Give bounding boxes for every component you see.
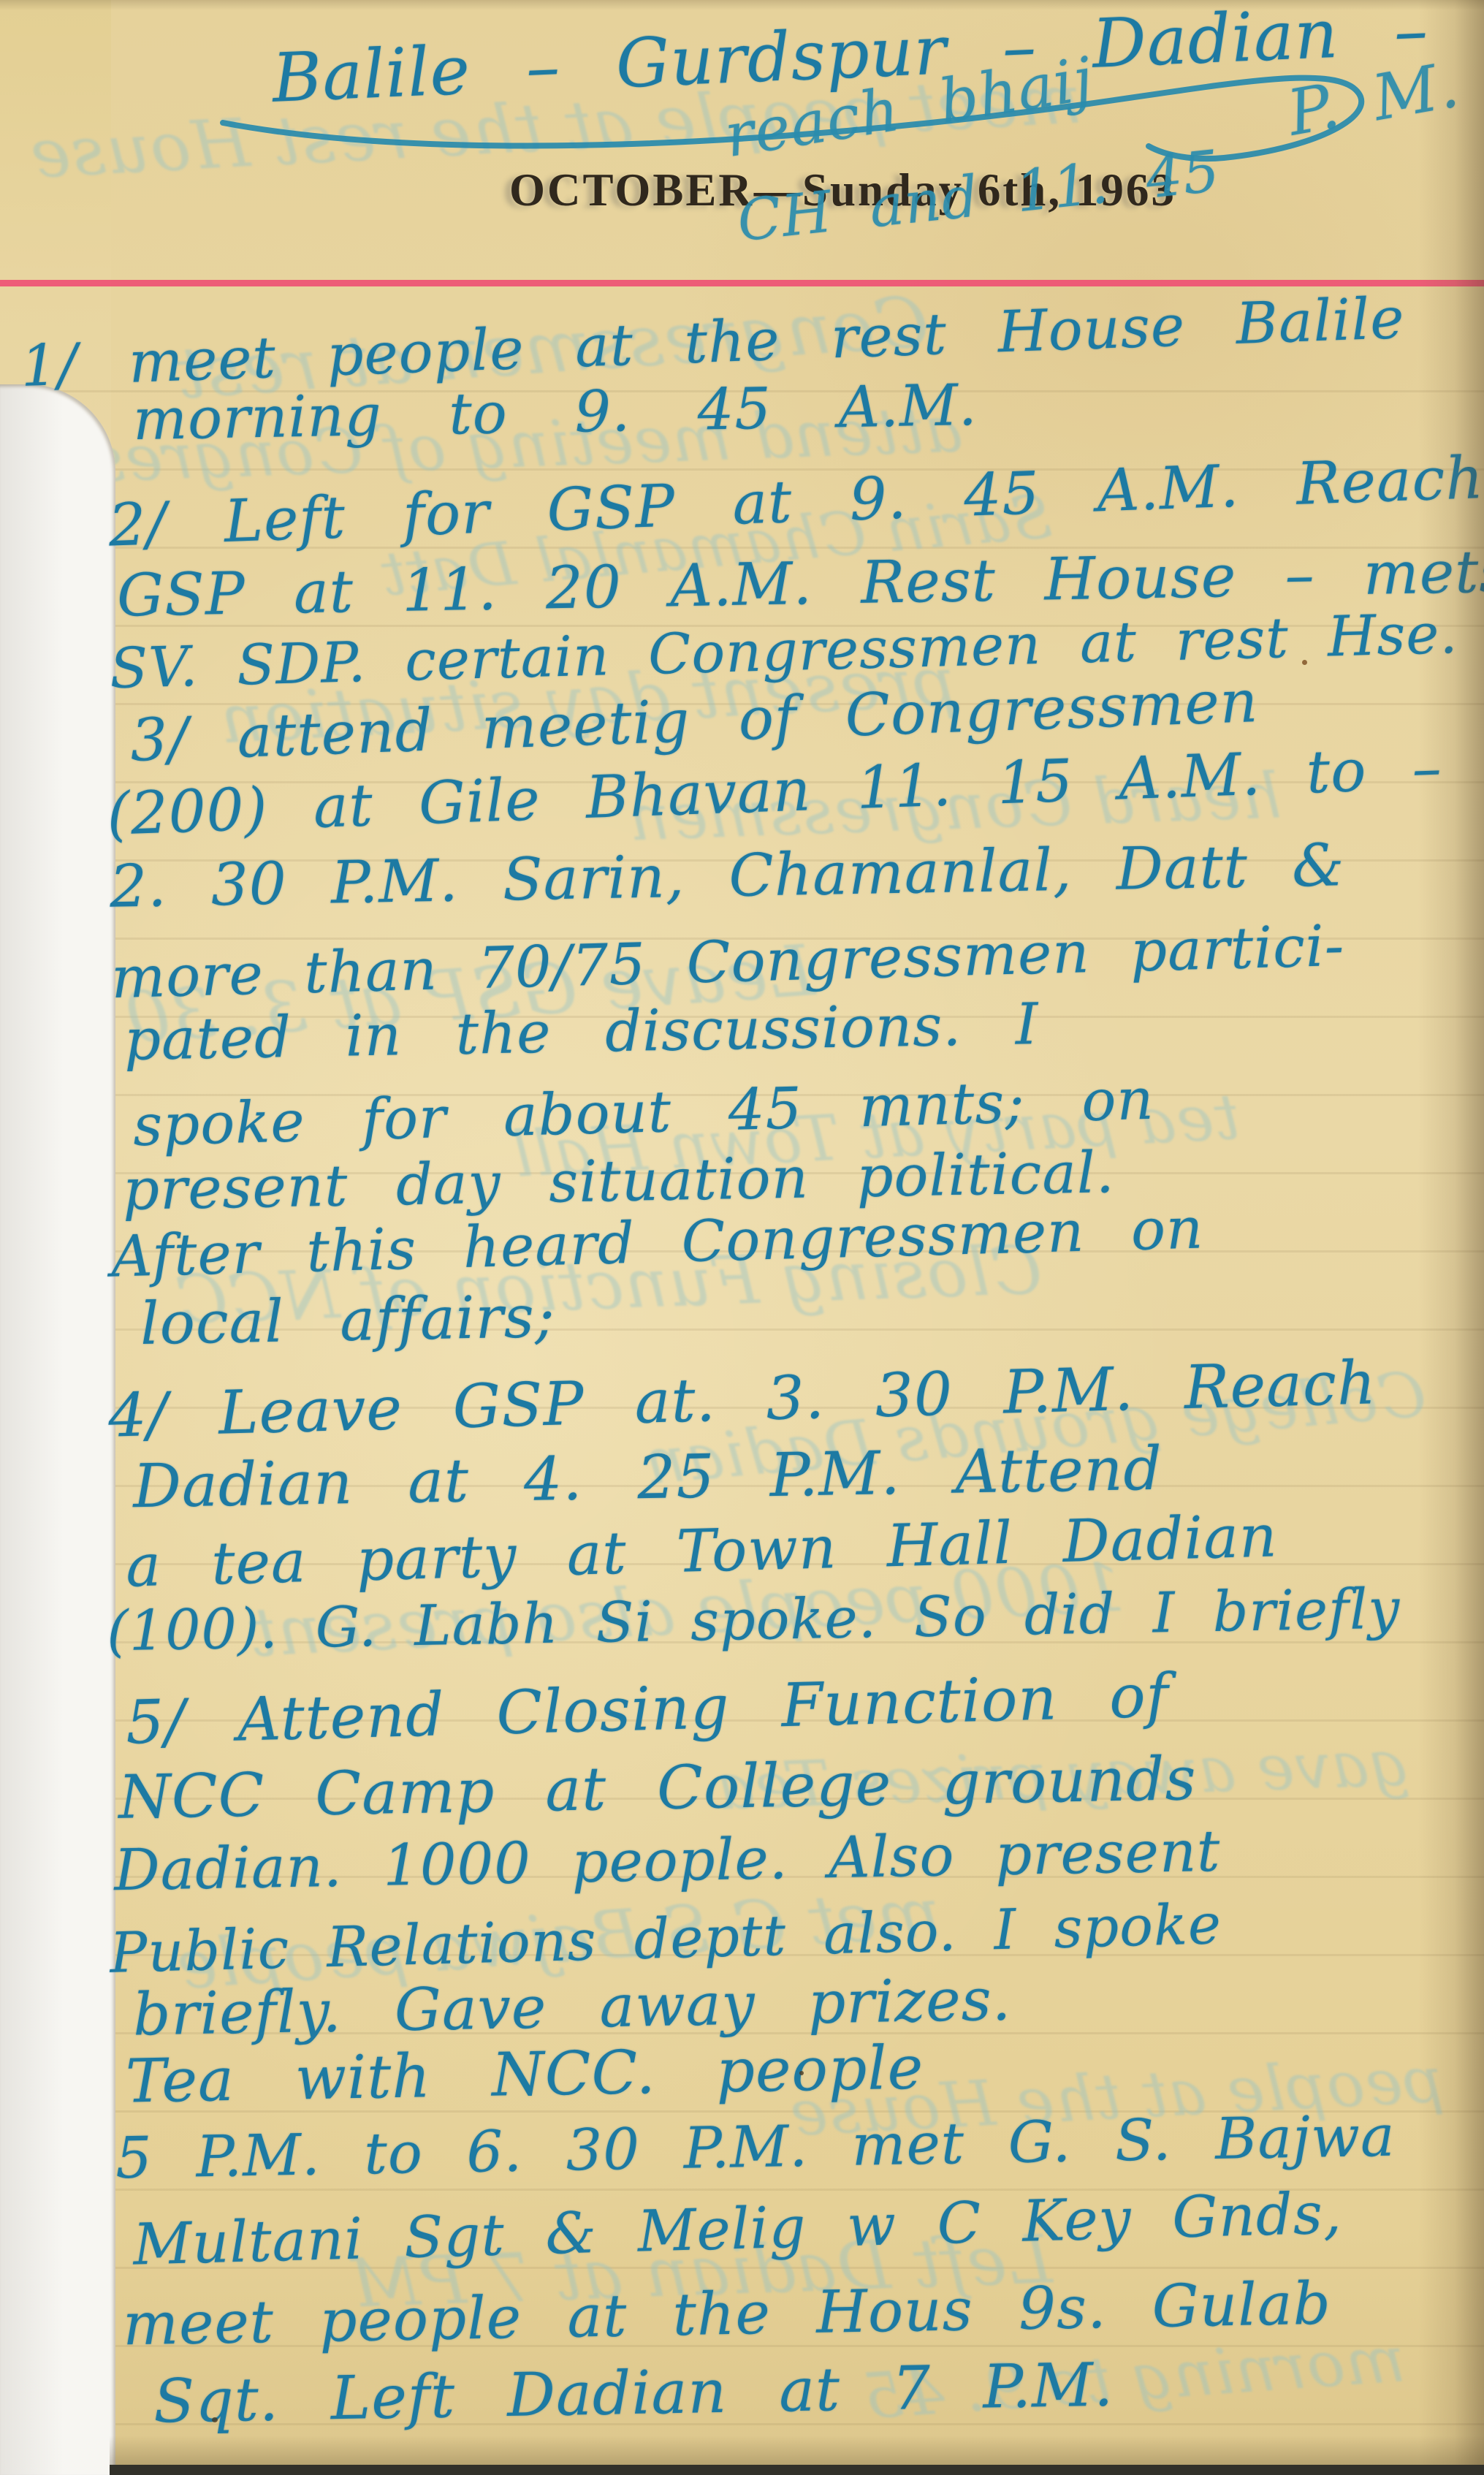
pink-margin-rule: [0, 280, 1484, 286]
diary-scan-page: meet people at the rest HouseCongressmen…: [0, 0, 1484, 2475]
paper-speck: [799, 2071, 804, 2075]
underlying-page-corner: [0, 384, 115, 2475]
script-line: local affairs;: [140, 1282, 555, 1358]
paper-speck: [212, 2417, 218, 2422]
bottom-edge-band: [110, 2465, 1484, 2475]
script-line: Tea with NCC. people: [125, 2033, 924, 2116]
paper-speck: [1302, 660, 1307, 665]
